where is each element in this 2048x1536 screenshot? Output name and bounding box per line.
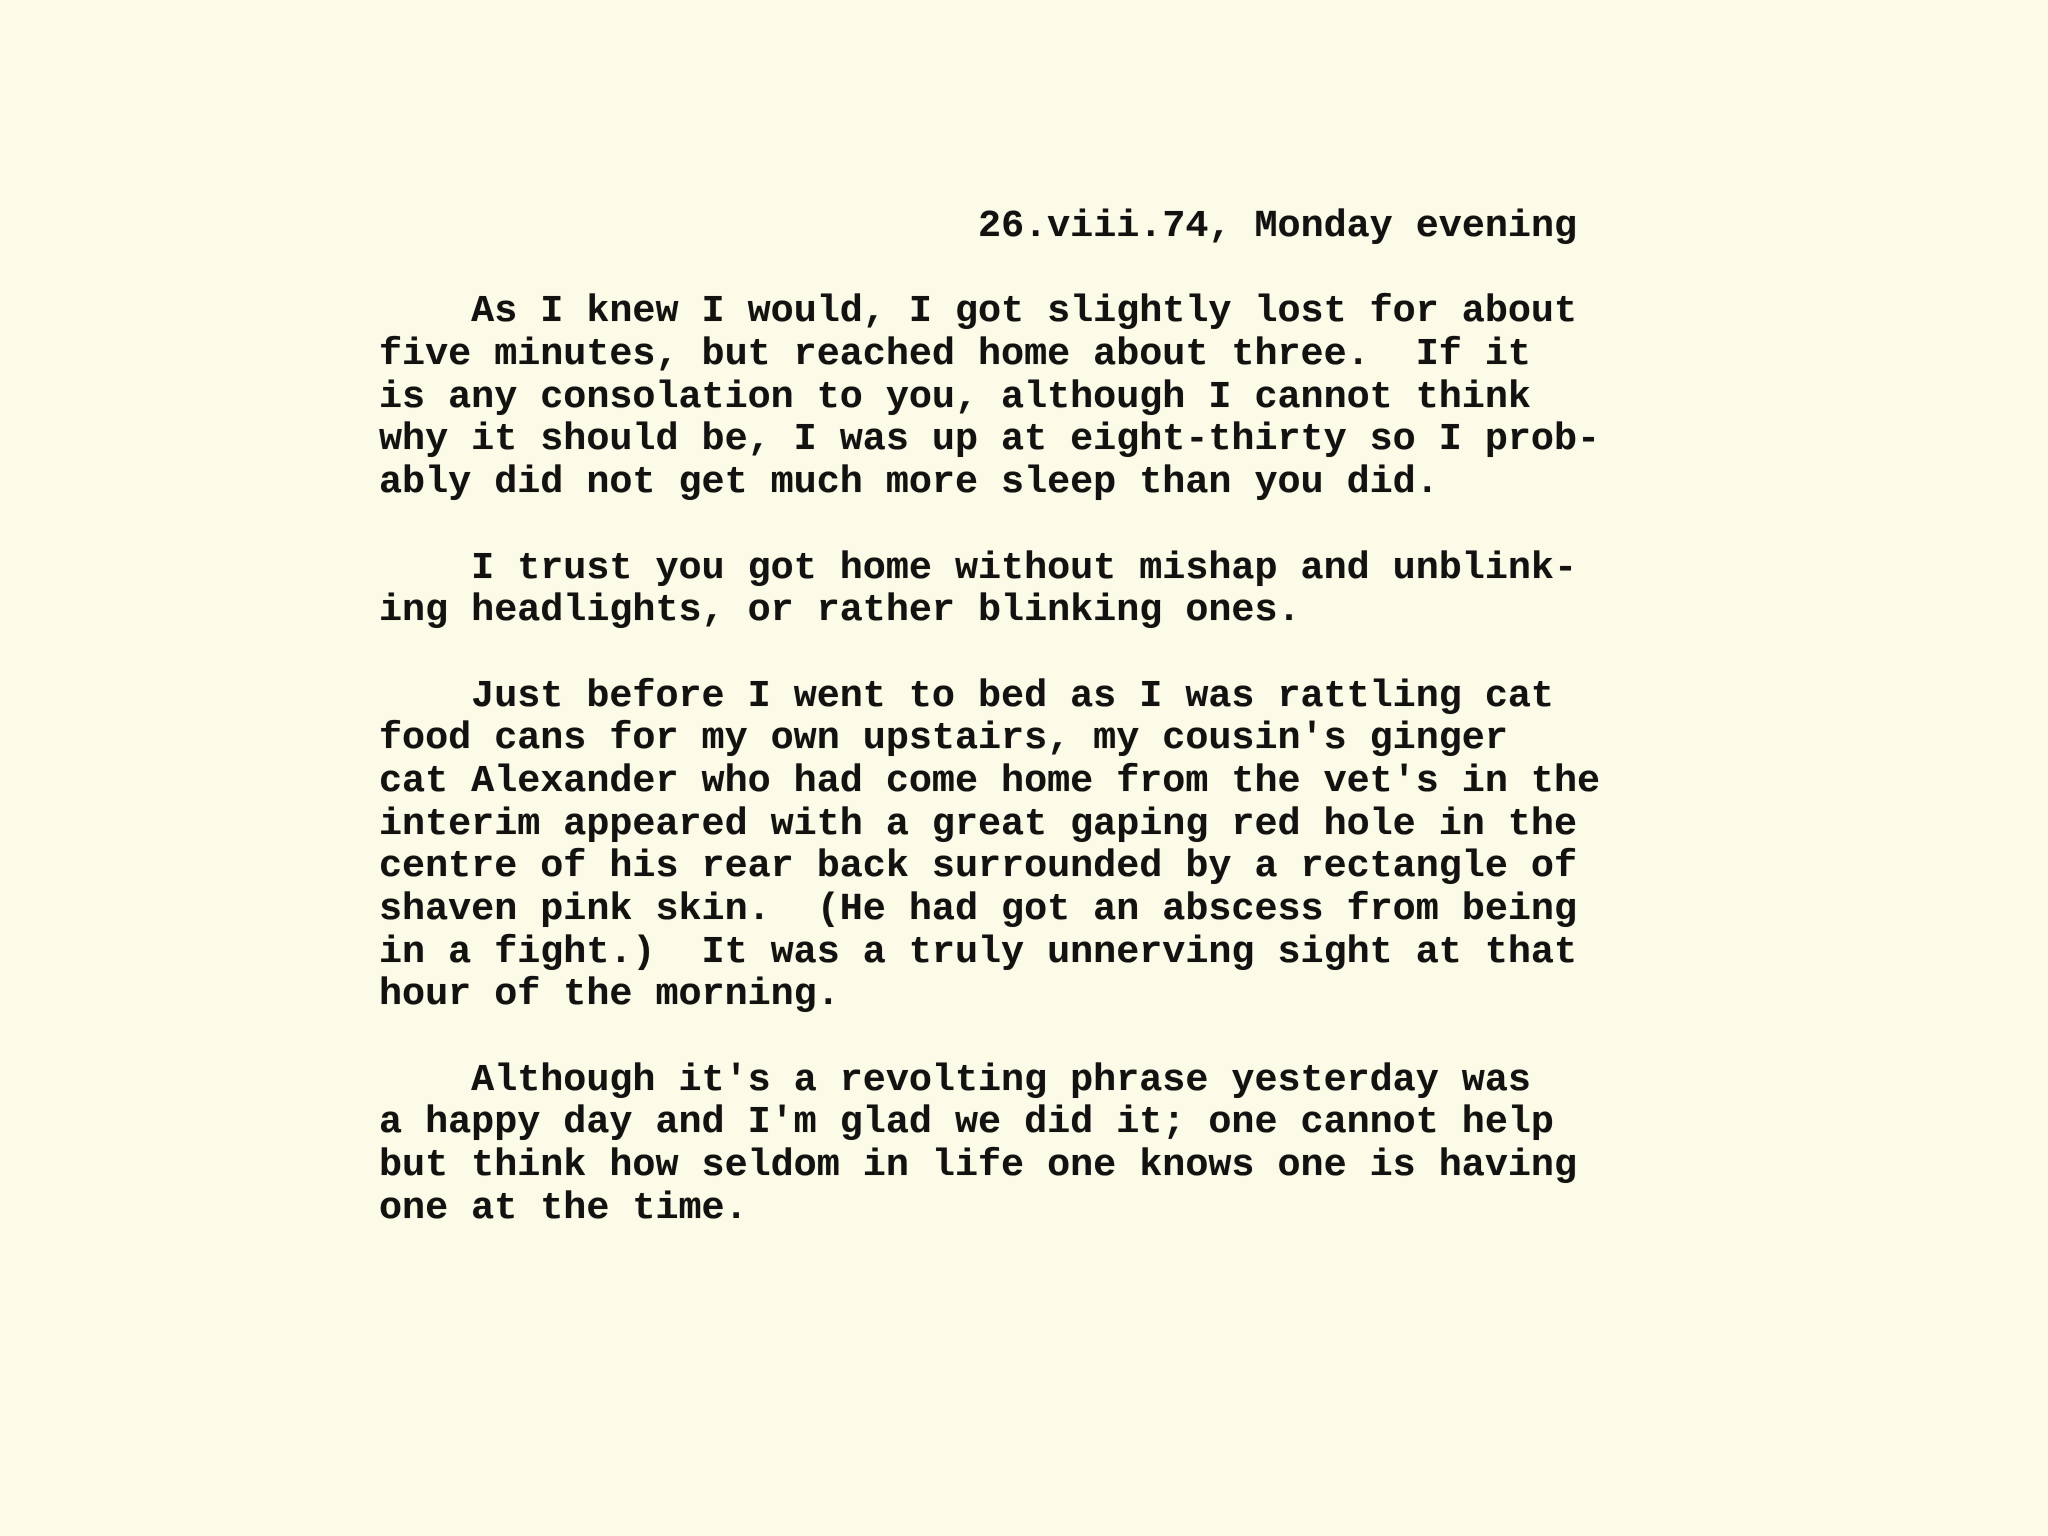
text-line: Although it's a revolting phrase yesterd… [379,1059,1639,1102]
blank-line [379,248,1639,291]
paragraph-4: Although it's a revolting phrase yesterd… [379,1059,1639,1230]
blank-line [379,504,1639,547]
text-line: ably did not get much more sleep than yo… [379,461,1639,504]
text-line: As I knew I would, I got slightly lost f… [379,290,1639,333]
text-line: interim appeared with a great gaping red… [379,803,1639,846]
text-line: Just before I went to bed as I was rattl… [379,675,1639,718]
text-line: shaven pink skin. (He had got an abscess… [379,888,1639,931]
text-line: I trust you got home without mishap and … [379,547,1639,590]
paragraph-3: Just before I went to bed as I was rattl… [379,675,1639,1017]
text-line: a happy day and I'm glad we did it; one … [379,1101,1639,1144]
text-line: ing headlights, or rather blinking ones. [379,589,1639,632]
typewritten-letter: 26.viii.74, Monday evening As I knew I w… [379,205,1639,1230]
text-line: in a fight.) It was a truly unnerving si… [379,931,1639,974]
paragraph-1: As I knew I would, I got slightly lost f… [379,290,1639,503]
blank-line [379,632,1639,675]
text-line: why it should be, I was up at eight-thir… [379,418,1639,461]
text-line: cat Alexander who had come home from the… [379,760,1639,803]
text-line: is any consolation to you, although I ca… [379,376,1639,419]
text-line: hour of the morning. [379,973,1639,1016]
paragraph-2: I trust you got home without mishap and … [379,547,1639,632]
text-line: one at the time. [379,1187,1639,1230]
text-line: but think how seldom in life one knows o… [379,1144,1639,1187]
text-line: food cans for my own upstairs, my cousin… [379,717,1639,760]
text-line: five minutes, but reached home about thr… [379,333,1639,376]
letter-dateline: 26.viii.74, Monday evening [379,205,1639,248]
blank-line [379,1016,1639,1059]
text-line: centre of his rear back surrounded by a … [379,845,1639,888]
